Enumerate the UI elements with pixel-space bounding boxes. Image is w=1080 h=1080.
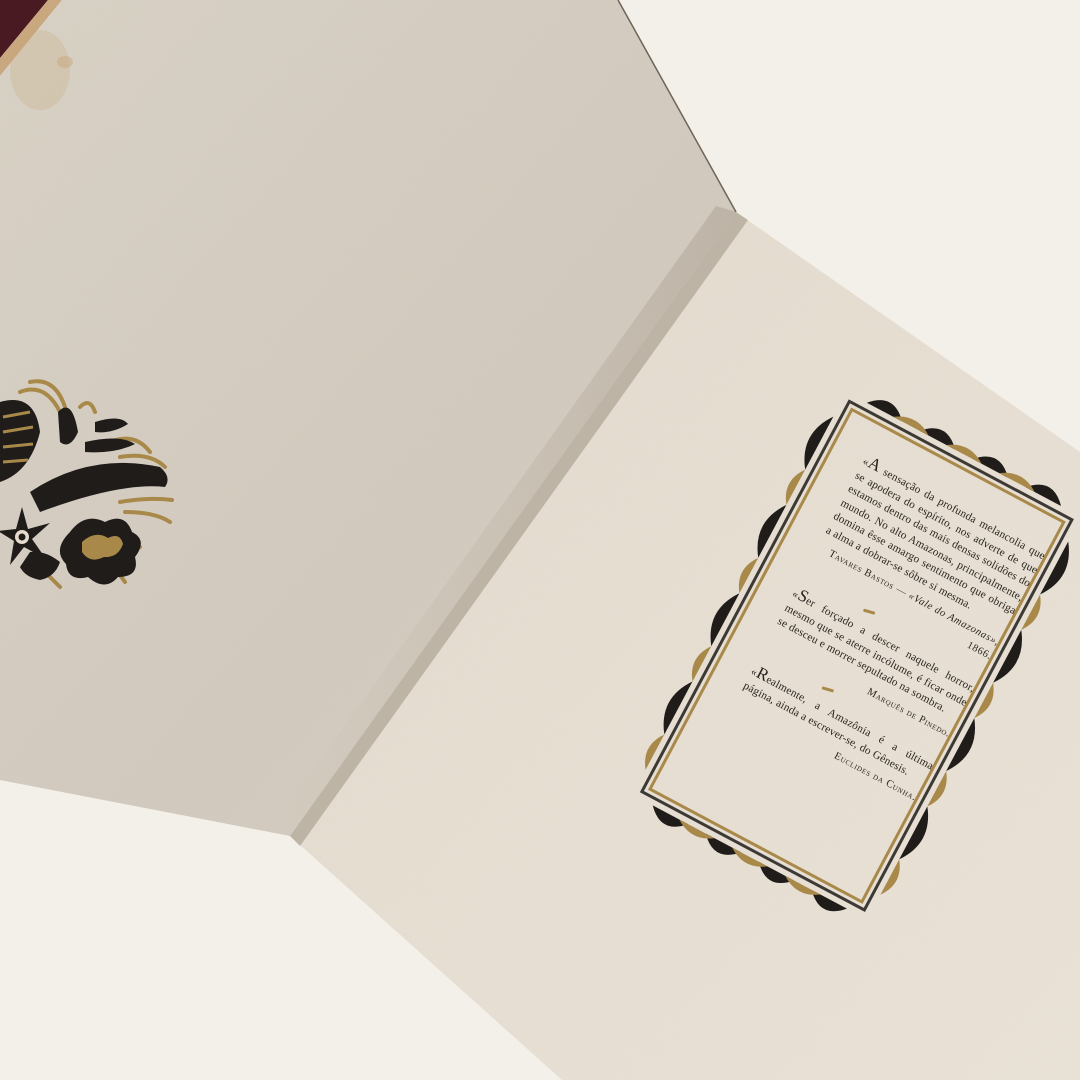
separator-ornament: [822, 686, 834, 692]
book-photo: «A sensação da profunda melancolia que s…: [0, 0, 1080, 1080]
separator-ornament: [863, 609, 875, 615]
